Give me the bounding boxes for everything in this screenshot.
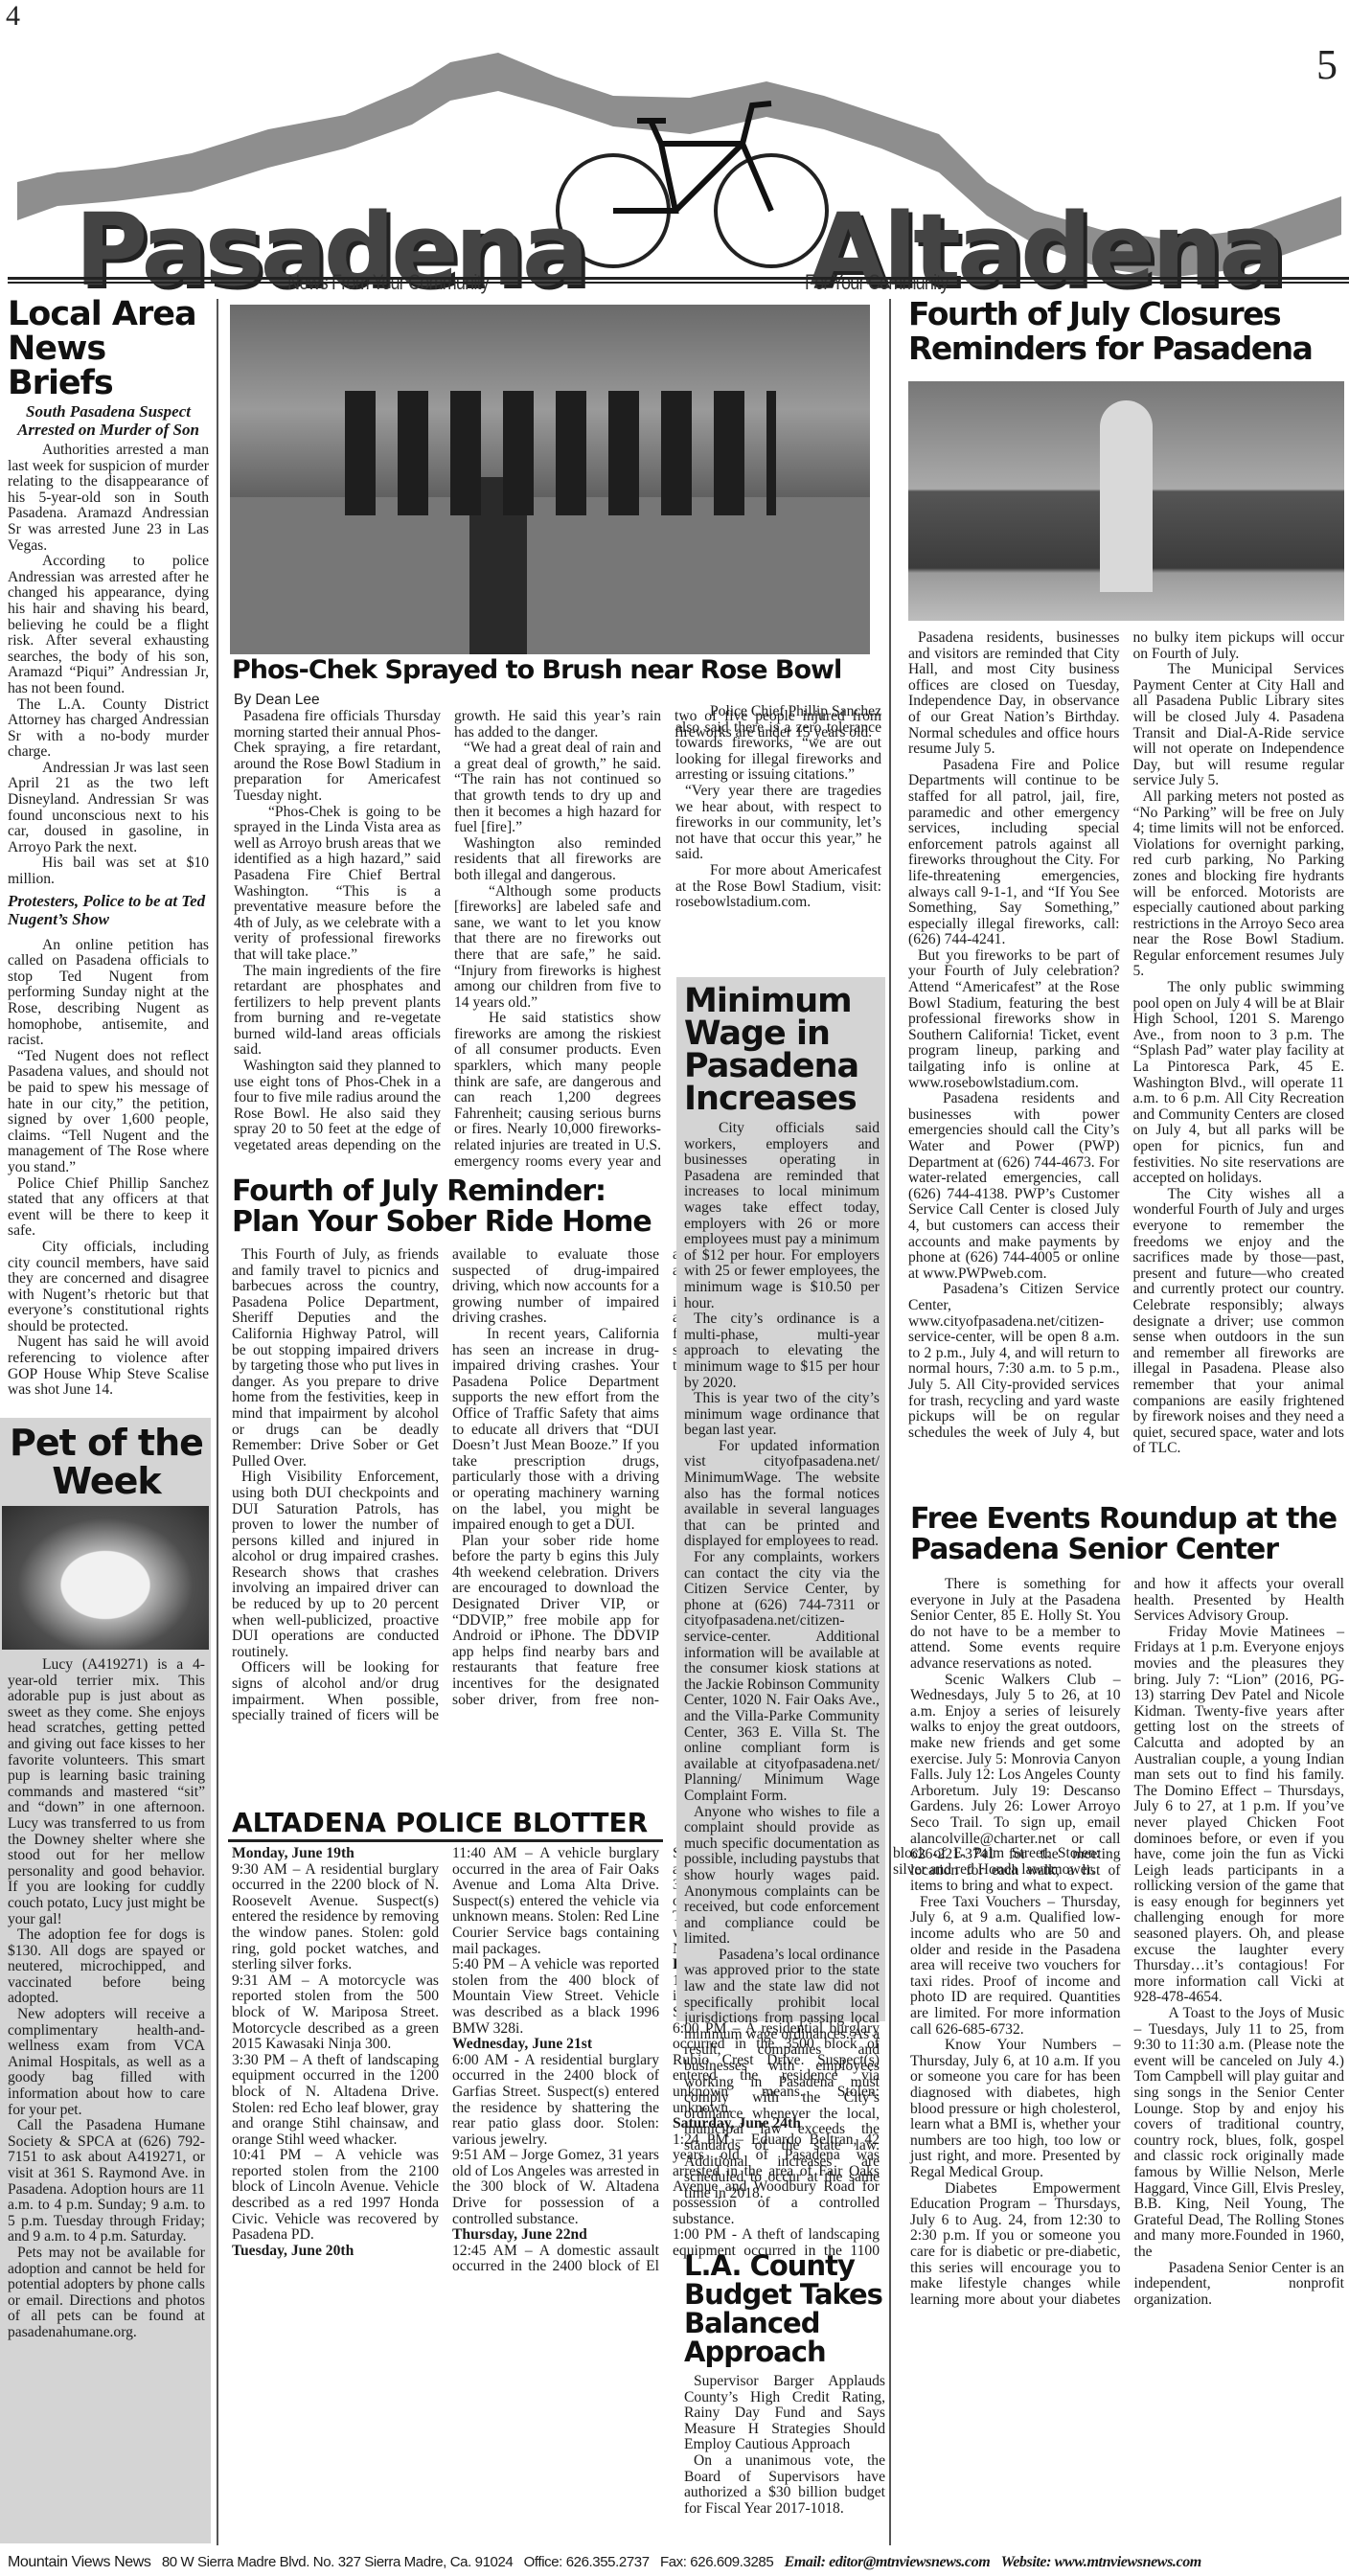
budget-title: L.A. County Budget Takes Balanced Approa… bbox=[684, 2251, 885, 2366]
blotter-day: Wednesday, June 21st 6:00 AM - A residen… bbox=[452, 2037, 659, 2227]
paragraph: There is something for everyone in July … bbox=[910, 1577, 1121, 1673]
blotter-day-label: Thursday, June 22nd bbox=[452, 2226, 587, 2243]
masthead-rule-thin bbox=[8, 282, 1349, 284]
sober-ride-columns: This Fourth of July, as friends and fami… bbox=[232, 1247, 659, 1726]
masthead-rule bbox=[8, 277, 1349, 280]
paragraph: “Phos-Chek is going to be sprayed in the… bbox=[234, 805, 441, 964]
paragraph: But you fireworks to be part of your Fou… bbox=[908, 948, 1120, 1091]
senior-center-article: Free Events Roundup at the Pasadena Seni… bbox=[910, 1504, 1344, 2544]
closures-title: Fourth of July Closures Reminders for Pa… bbox=[908, 297, 1344, 366]
footer-email-link[interactable]: Email: editor@mtnviewsnews.com bbox=[785, 2554, 991, 2570]
blotter-rule bbox=[228, 1839, 663, 1842]
blotter-entry: 9:51 AM – Jorge Gomez, 31 years old of L… bbox=[452, 2148, 659, 2227]
min-wage-body: City officials said workers, employers a… bbox=[684, 1121, 880, 2201]
phoschek-title: Phos-Chek Sprayed to Brush near Rose Bow… bbox=[232, 655, 883, 686]
footer-address: 80 W Sierra Madre Blvd. No. 327 Sierra M… bbox=[162, 2554, 514, 2570]
blotter-entry: 9:31 AM – A motorcycle was reported stol… bbox=[232, 1973, 439, 2053]
blotter-day-label: Tuesday, June 20th bbox=[232, 2243, 354, 2259]
blotter-entry: 9:30 AM – A residential burglary occurre… bbox=[232, 1862, 439, 1973]
pet-title: Pet of the Week bbox=[8, 1424, 205, 1500]
local-briefs-section: Local Area News Briefs South Pasadena Su… bbox=[8, 297, 209, 1399]
blotter-entry: 3:30 PM – A theft of landscaping equipme… bbox=[232, 2053, 439, 2149]
senior-center-title: Free Events Roundup at the Pasadena Seni… bbox=[910, 1504, 1344, 1565]
story-body: Authorities arrested a man last week for… bbox=[8, 443, 209, 888]
story-body: An online petition has called on Pasaden… bbox=[8, 938, 209, 1399]
paragraph: An online petition has called on Pasaden… bbox=[8, 938, 209, 1049]
blotter-entry: 10:41 PM – A vehicle was reported stolen… bbox=[232, 2148, 439, 2244]
footer-website-link[interactable]: Website: www.mtnviewsnews.com bbox=[1001, 2554, 1201, 2570]
budget-article: L.A. County Budget Takes Balanced Approa… bbox=[684, 2251, 885, 2517]
closures-columns: Pasadena residents, businesses and visit… bbox=[908, 630, 1344, 1517]
paragraph: The main ingredients of the fire retarda… bbox=[234, 964, 441, 1060]
paragraph: Pasadena residents, businesses and visit… bbox=[908, 630, 1120, 758]
paragraph: Free Taxi Vouchers – Thursday, July 6, a… bbox=[910, 1895, 1121, 2038]
paragraph: Nugent has said he will avoid referencin… bbox=[8, 1334, 209, 1398]
paragraph: For more about Americafest at the Rose B… bbox=[675, 863, 881, 911]
blotter-day: Monday, June 19th 9:30 AM – A residentia… bbox=[232, 1846, 439, 2244]
phoschek-columns: Pasadena fire officials Thursday morning… bbox=[234, 709, 661, 1181]
paragraph: Authorities arrested a man last week for… bbox=[8, 443, 209, 554]
local-briefs-title: Local Area News Briefs bbox=[8, 297, 209, 400]
paragraph: Supervisor Barger Applauds County’s High… bbox=[684, 2374, 885, 2453]
paragraph: The L.A. County District Attorney has ch… bbox=[8, 697, 209, 761]
page-number-left: 4 bbox=[6, 0, 20, 33]
paragraph: “Ted Nugent does not reflect Pasadena va… bbox=[8, 1049, 209, 1176]
byline: By Dean Lee bbox=[234, 692, 661, 709]
paragraph: “We had a great deal of rain and a great… bbox=[454, 741, 661, 836]
paragraph: His bail was set at $10 million. bbox=[8, 855, 209, 887]
paragraph: Police Chief Phillip Sanchez also said t… bbox=[675, 704, 881, 784]
sober-ride-article: Fourth of July Reminder: Plan Your Sober… bbox=[232, 1176, 659, 1726]
min-wage-box: Minimum Wage in Pasadena Increases City … bbox=[676, 977, 885, 2021]
paragraph: The city’s ordinance is a multi-phase, m… bbox=[684, 1311, 880, 1391]
footer-fax: Fax: 626.609.3285 bbox=[660, 2554, 773, 2570]
dog-photo bbox=[2, 1506, 209, 1650]
senior-center-columns: There is something for everyone in July … bbox=[910, 1577, 1344, 2544]
paragraph: Pasadena’s local ordinance was approved … bbox=[684, 1948, 880, 2202]
paragraph: Pasadena residents and businesses with p… bbox=[908, 1091, 1120, 1282]
blotter-entry: 6:00 AM - A residential burglary occurre… bbox=[452, 2053, 659, 2149]
police-blotter: ALTADENA POLICE BLOTTER Monday, June 19t… bbox=[232, 1809, 659, 2287]
paragraph: For any complaints, workers can contact … bbox=[684, 1550, 880, 1805]
paragraph: For updated information vist cityofpasad… bbox=[684, 1439, 880, 1550]
story-subhead: South Pasadena Suspect Arrested on Murde… bbox=[8, 402, 209, 439]
paragraph: This Fourth of July, as friends and fami… bbox=[232, 1247, 439, 1470]
blotter-columns: Monday, June 19th 9:30 AM – A residentia… bbox=[232, 1846, 659, 2287]
blotter-entry: 5:40 PM – A vehicle was reported stolen … bbox=[452, 1957, 659, 2037]
phoschek-continued: Police Chief Phillip Sanchez also said t… bbox=[675, 704, 881, 911]
blotter-title: ALTADENA POLICE BLOTTER bbox=[232, 1809, 659, 1837]
paragraph: City officials said workers, employers a… bbox=[684, 1121, 880, 1311]
paragraph: New adopters will receive a complimentar… bbox=[8, 2007, 205, 2118]
paragraph: “Although some products [fireworks] are … bbox=[454, 884, 661, 1012]
paragraph: City officials, including city council m… bbox=[8, 1240, 209, 1335]
fire-officials-press-conference-photo bbox=[230, 305, 870, 654]
paragraph: “Very year there are tragedies we hear a… bbox=[675, 784, 881, 863]
sober-ride-title: Fourth of July Reminder: Plan Your Sober… bbox=[232, 1176, 659, 1238]
footer-office-phone: Office: 626.355.2737 bbox=[524, 2554, 650, 2570]
paragraph: This is year two of the city’s minimum w… bbox=[684, 1391, 880, 1439]
min-wage-title: Minimum Wage in Pasadena Increases bbox=[684, 985, 880, 1115]
paragraph: High Visibility Enforcement, using both … bbox=[232, 1470, 439, 1660]
paragraph: Pasadena Senior Center is an independent… bbox=[1134, 2261, 1345, 2309]
paragraph: The Municipal Services Payment Center at… bbox=[1133, 662, 1345, 789]
paragraph: The only public swimming pool open on Ju… bbox=[1133, 980, 1345, 1187]
blotter-entry: 11:40 AM – A vehicle burglary occurred i… bbox=[452, 1846, 659, 1957]
paragraph: Pasadena Fire and Police Departments wil… bbox=[908, 758, 1120, 948]
paragraph: The adoption fee for dogs is $130. All d… bbox=[8, 1927, 205, 2007]
paragraph: Washington also reminded residents that … bbox=[454, 836, 661, 884]
paragraph: Friday Movie Matinees – Fridays at 1 p.m… bbox=[1134, 1625, 1345, 2006]
paragraph: Scenic Walkers Club – Wednesdays, July 5… bbox=[910, 1673, 1121, 1895]
paragraph: All parking meters not posted as “No Par… bbox=[1133, 789, 1345, 980]
paragraph: According to police Andressian was arres… bbox=[8, 554, 209, 696]
bicycle-icon bbox=[551, 67, 838, 287]
column-divider bbox=[217, 299, 218, 2545]
paragraph: Call the Pasadena Humane Society & SPCA … bbox=[8, 2118, 205, 2245]
paragraph: A Toast to the Joys of Music – Tuesdays,… bbox=[1134, 2006, 1345, 2261]
paragraph: Pets may not be available for adoption a… bbox=[8, 2245, 205, 2341]
budget-body: Supervisor Barger Applauds County’s High… bbox=[684, 2374, 885, 2517]
footer-paper-name: Mountain Views News bbox=[8, 2554, 151, 2570]
paragraph: Pasadena fire officials Thursday morning… bbox=[234, 709, 441, 805]
masthead: Pasadena Altadena News From Your Communi… bbox=[0, 38, 1349, 283]
paragraph: Andressian Jr was last seen April 21 as … bbox=[8, 761, 209, 856]
paragraph: On a unanimous vote, the Board of Superv… bbox=[684, 2453, 885, 2517]
pet-body: Lucy (A419271) is a 4-year-old terrier m… bbox=[8, 1657, 205, 2341]
paragraph: In recent years, California has seen an … bbox=[452, 1327, 659, 1534]
footer: Mountain Views News 80 W Sierra Madre Bl… bbox=[0, 2554, 1349, 2576]
phoschek-article: Phos-Chek Sprayed to Brush near Rose Bow… bbox=[232, 655, 883, 686]
blotter-day-label: Monday, June 19th bbox=[232, 1845, 354, 1861]
paragraph: Lucy (A419271) is a 4-year-old terrier m… bbox=[8, 1657, 205, 1927]
pet-of-week-box: Pet of the Week Lucy (A419271) is a 4-ye… bbox=[0, 1418, 211, 2543]
closures-article: Fourth of July Closures Reminders for Pa… bbox=[908, 297, 1344, 1517]
pasadena-city-hall-photo bbox=[908, 381, 1344, 621]
column-divider bbox=[889, 299, 891, 2545]
paragraph: Know Your Numbers – Thursday, July 6, at… bbox=[910, 2038, 1121, 2180]
paragraph: Police Chief Phillip Sanchez stated that… bbox=[8, 1176, 209, 1240]
paragraph: Anyone who wishes to file a complaint sh… bbox=[684, 1805, 880, 1948]
blotter-day-label: Wednesday, June 21st bbox=[452, 2036, 592, 2052]
phoschek-body: By Dean Lee Pasadena fire officials Thur… bbox=[234, 692, 661, 1181]
paragraph: The City wishes all a wonderful Fourth o… bbox=[1133, 1187, 1345, 1457]
story-subhead: Protesters, Police to be at Ted Nugent’s… bbox=[8, 892, 209, 928]
